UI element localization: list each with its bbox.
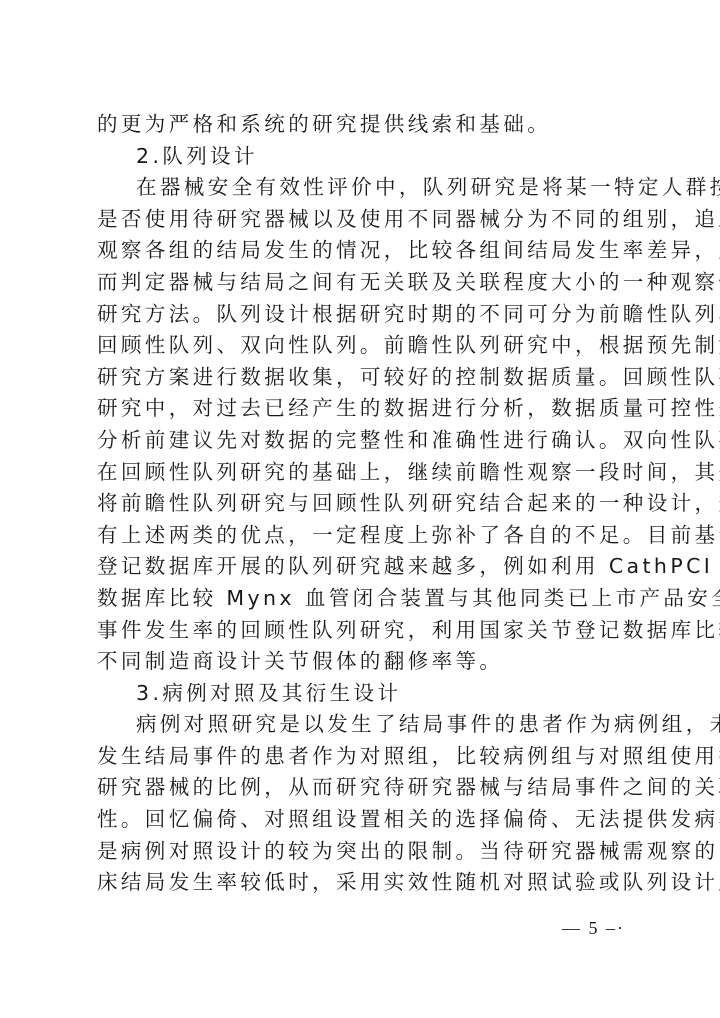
text-line: 研究器械的比例，从而研究待研究器械与结局事件之间的关联 <box>97 772 622 804</box>
text-line: 在回顾性队列研究的基础上，继续前瞻性观察一段时间，其是 <box>97 457 622 489</box>
text-line: 床结局发生率较低时，采用实效性随机对照试验或队列设计所 <box>97 867 622 899</box>
text-line: 病例对照研究是以发生了结局事件的患者作为病例组，未 <box>97 709 622 741</box>
document-body: 的更为严格和系统的研究提供线索和基础。 2.队列设计 在器械安全有效性评价中，队… <box>97 109 622 899</box>
text-line: 是否使用待研究器械以及使用不同器械分为不同的组别，追踪 <box>97 204 622 236</box>
section-heading-cohort-design: 2.队列设计 <box>97 141 622 173</box>
text-line: 研究方案进行数据收集，可较好的控制数据质量。回顾性队列 <box>97 362 622 394</box>
text-line: 的更为严格和系统的研究提供线索和基础。 <box>97 109 622 141</box>
text-line: 不同制造商设计关节假体的翻修率等。 <box>97 646 622 678</box>
text-line: 发生结局事件的患者作为对照组，比较病例组与对照组使用待 <box>97 741 622 773</box>
text-line: 是病例对照设计的较为突出的限制。当待研究器械需观察的临 <box>97 836 622 868</box>
text-line: 将前瞻性队列研究与回顾性队列研究结合起来的一种设计，兼 <box>97 488 622 520</box>
text-line: 事件发生率的回顾性队列研究，利用国家关节登记数据库比较 <box>97 615 622 647</box>
text-line: 登记数据库开展的队列研究越来越多，例如利用 CathPCI 登记 <box>97 551 622 583</box>
page-number: — 5 –· <box>562 918 625 939</box>
text-line: 研究中，对过去已经产生的数据进行分析，数据质量可控性差， <box>97 393 622 425</box>
text-line: 性。回忆偏倚、对照组设置相关的选择偏倚、无法提供发病率等 <box>97 804 622 836</box>
text-line: 有上述两类的优点，一定程度上弥补了各自的不足。目前基于 <box>97 520 622 552</box>
text-line: 观察各组的结局发生的情况，比较各组间结局发生率差异，从 <box>97 235 622 267</box>
section-heading-case-control: 3.病例对照及其衍生设计 <box>97 678 622 710</box>
text-line: 在器械安全有效性评价中，队列研究是将某一特定人群按 <box>97 172 622 204</box>
text-line: 数据库比较 Mynx 血管闭合装置与其他同类已上市产品安全性 <box>97 583 622 615</box>
text-line: 回顾性队列、双向性队列。前瞻性队列研究中，根据预先制定的 <box>97 330 622 362</box>
text-line: 研究方法。队列设计根据研究时期的不同可分为前瞻性队列、 <box>97 299 622 331</box>
text-line: 分析前建议先对数据的完整性和准确性进行确认。双向性队列 <box>97 425 622 457</box>
text-line: 而判定器械与结局之间有无关联及关联程度大小的一种观察性 <box>97 267 622 299</box>
